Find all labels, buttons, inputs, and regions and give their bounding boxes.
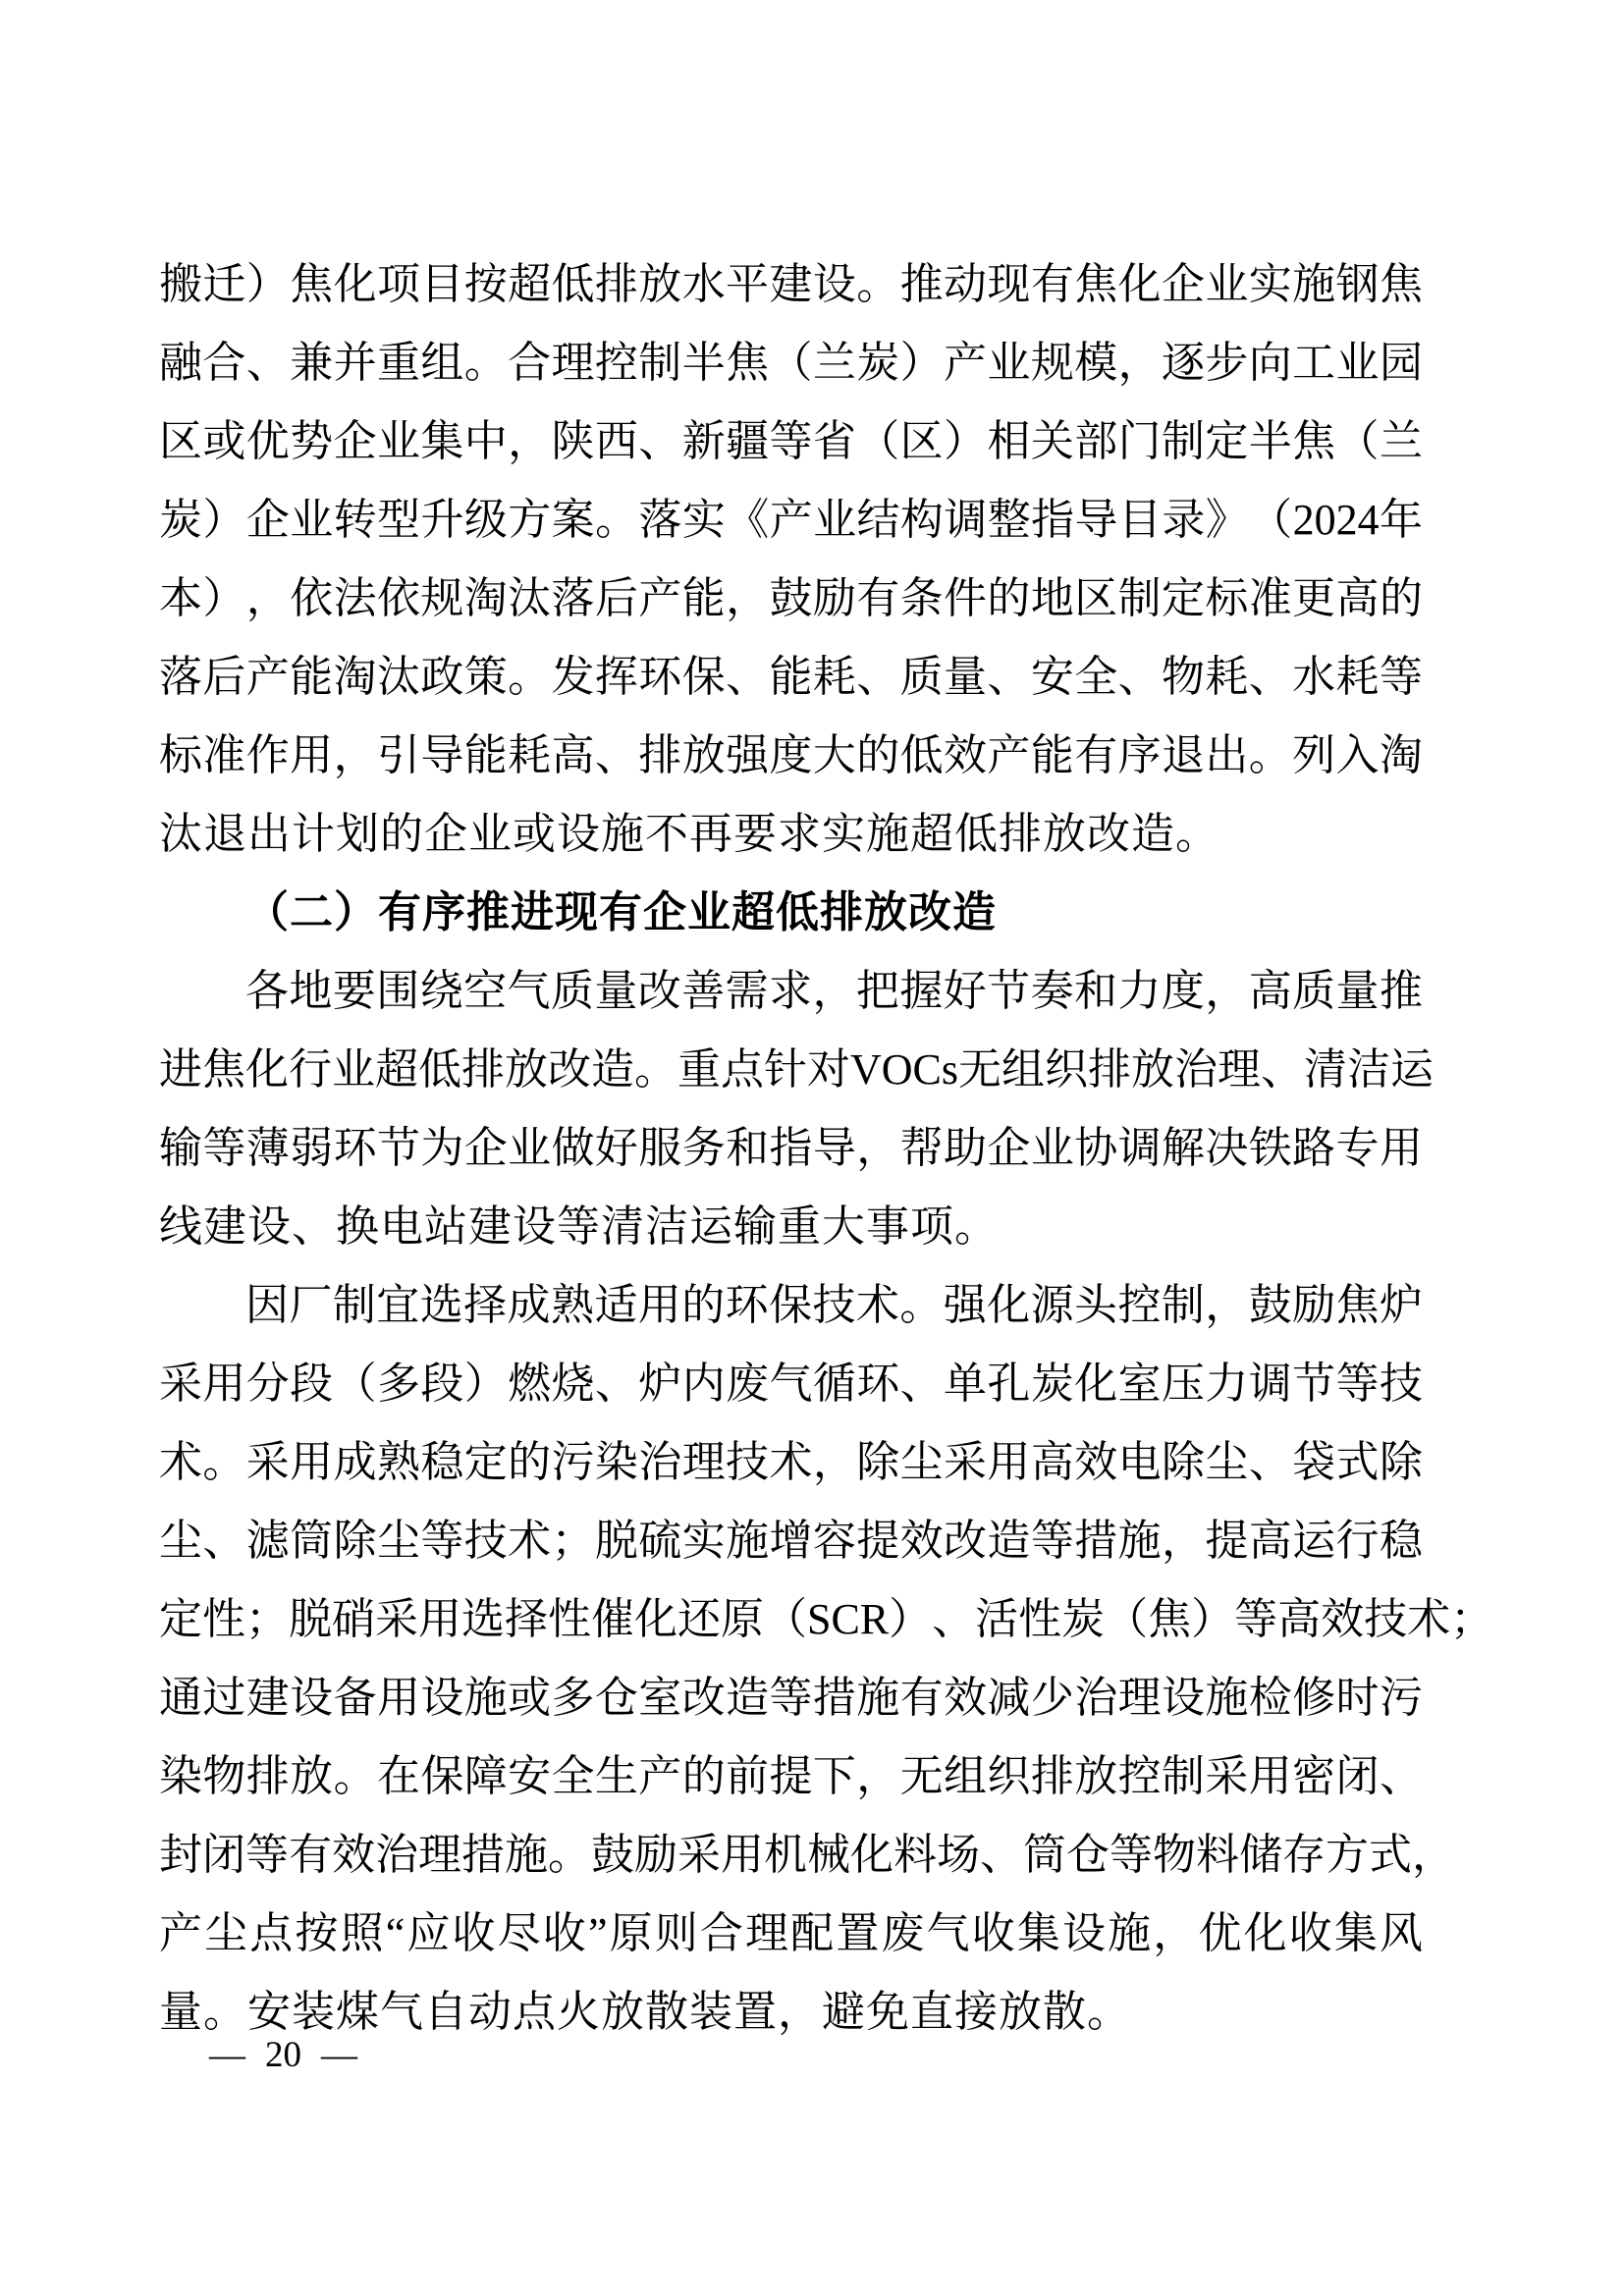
- text-line: 区或优势企业集中，陕西、新疆等省（区）相关部门制定半焦（兰: [159, 402, 1423, 481]
- text-line: 汰退出计划的企业或设施不再要求实施超低排放改造。: [159, 795, 1423, 874]
- text-line: 本），依法依规淘汰落后产能，鼓励有条件的地区制定标准更高的: [159, 560, 1423, 638]
- text-line: 进焦化行业超低排放改造。重点针对VOCs无组织排放治理、清洁运: [159, 1031, 1423, 1109]
- text-line: 输等薄弱环节为企业做好服务和指导，帮助企业协调解决铁路专用: [159, 1109, 1423, 1188]
- footer-right-dash: —: [321, 2035, 357, 2075]
- text-line: 通过建设备用设施或多仓室改造等措施有效减少治理设施检修时污: [159, 1659, 1423, 1737]
- document-page: 搬迁）焦化项目按超低排放水平建设。推动现有焦化企业实施钢焦融合、兼并重组。合理控…: [0, 0, 1624, 2296]
- text-line: 搬迁）焦化项目按超低排放水平建设。推动现有焦化企业实施钢焦: [159, 245, 1423, 324]
- text-line: 落后产能淘汰政策。发挥环保、能耗、质量、安全、物耗、水耗等: [159, 638, 1423, 717]
- text-line: 定性；脱硝采用选择性催化还原（SCR）、活性炭（焦）等高效技术；: [159, 1580, 1423, 1659]
- page-number: 20: [265, 2035, 301, 2075]
- text-line: 因厂制宜选择成熟适用的环保技术。强化源头控制，鼓励焦炉: [159, 1266, 1423, 1345]
- text-line: 染物排放。在保障安全生产的前提下，无组织排放控制采用密闭、: [159, 1737, 1423, 1816]
- text-line: 融合、兼并重组。合理控制半焦（兰炭）产业规模，逐步向工业园: [159, 324, 1423, 402]
- text-line: 采用分段（多段）燃烧、炉内废气循环、单孔炭化室压力调节等技: [159, 1345, 1423, 1423]
- text-line: 术。采用成熟稳定的污染治理技术，除尘采用高效电除尘、袋式除: [159, 1423, 1423, 1502]
- text-line: 标准作用，引导能耗高、排放强度大的低效产能有序退出。列入淘: [159, 717, 1423, 795]
- document-content: 搬迁）焦化项目按超低排放水平建设。推动现有焦化企业实施钢焦融合、兼并重组。合理控…: [159, 245, 1423, 2052]
- text-line: 炭）企业转型升级方案。落实《产业结构调整指导目录》（2024年: [159, 481, 1423, 560]
- text-line: 产尘点按照“应收尽收”原则合理配置废气收集设施，优化收集风: [159, 1895, 1423, 1973]
- page-footer: —20—: [209, 2034, 357, 2077]
- text-line: 各地要围绕空气质量改善需求，把握好节奏和力度，高质量推: [159, 952, 1423, 1031]
- text-line: 封闭等有效治理措施。鼓励采用机械化料场、筒仓等物料储存方式，: [159, 1816, 1423, 1895]
- footer-left-dash: —: [209, 2035, 245, 2075]
- text-line: 线建设、换电站建设等清洁运输重大事项。: [159, 1188, 1423, 1266]
- section-heading: （二）有序推进现有企业超低排放改造: [159, 874, 1423, 952]
- text-line: 尘、滤筒除尘等技术；脱硫实施增容提效改造等措施，提高运行稳: [159, 1502, 1423, 1580]
